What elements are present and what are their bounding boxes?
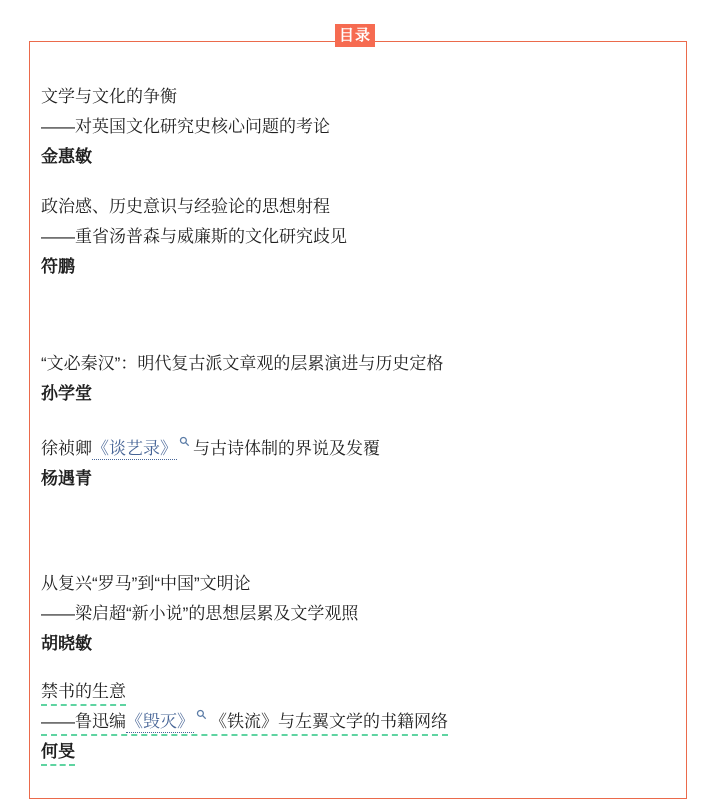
toc-title: 从复兴“罗马”到“中国”文明论 xyxy=(41,569,678,599)
text-segment: 符鹏 xyxy=(41,257,75,276)
text-segment: 文学与文化的争衡 xyxy=(41,87,177,106)
toc-author: 胡晓敏 xyxy=(41,629,678,659)
toc-entry: 禁书的生意——鲁迅编《毁灭》《铁流》与左翼文学的书籍网络何旻 xyxy=(41,677,678,767)
text-segment: “文必秦汉”：明代复古派文章观的层累演进与历史定格 xyxy=(41,354,443,373)
text-segment: 孙学堂 xyxy=(41,384,92,403)
toc-list: 文学与文化的争衡——对英国文化研究史核心问题的考论金惠敏政治感、历史意识与经验论… xyxy=(41,41,678,767)
text-segment: 禁书的生意 xyxy=(41,682,126,701)
annotation-underline: 禁书的生意 xyxy=(41,682,126,706)
toc-title: “文必秦汉”：明代复古派文章观的层累演进与历史定格 xyxy=(41,349,678,379)
toc-entry: 政治感、历史意识与经验论的思想射程——重省汤普森与威廉斯的文化研究歧见符鹏 xyxy=(41,192,678,282)
annotation-underline: ——鲁迅编《毁灭》《铁流》与左翼文学的书籍网络 xyxy=(41,712,448,736)
text-segment: ——对英国文化研究史核心问题的考论 xyxy=(41,117,330,136)
toc-author: 何旻 xyxy=(41,737,678,767)
toc-title: 禁书的生意 xyxy=(41,677,678,707)
toc-title: 政治感、历史意识与经验论的思想射程 xyxy=(41,192,678,222)
book-title-link[interactable]: 《谈艺录》 xyxy=(92,439,177,460)
text-segment: 政治感、历史意识与经验论的思想射程 xyxy=(41,197,330,216)
search-icon[interactable] xyxy=(179,436,190,447)
text-segment: 徐祯卿 xyxy=(41,439,92,458)
text-segment: 从复兴“罗马”到“中国”文明论 xyxy=(41,574,251,593)
toc-subtitle: ——对英国文化研究史核心问题的考论 xyxy=(41,112,678,142)
toc-entry: 从复兴“罗马”到“中国”文明论——梁启超“新小说”的思想层累及文学观照胡晓敏 xyxy=(41,569,678,659)
text-segment: 杨遇青 xyxy=(41,469,92,488)
toc-badge: 目录 xyxy=(335,24,375,47)
text-segment: ——梁启超“新小说”的思想层累及文学观照 xyxy=(41,604,358,623)
toc-entry: “文必秦汉”：明代复古派文章观的层累演进与历史定格孙学堂 xyxy=(41,349,678,409)
toc-subtitle: ——重省汤普森与威廉斯的文化研究歧见 xyxy=(41,222,678,252)
toc-title: 文学与文化的争衡 xyxy=(41,82,678,112)
text-segment: 金惠敏 xyxy=(41,147,92,166)
toc-author: 符鹏 xyxy=(41,252,678,282)
toc-entry: 文学与文化的争衡——对英国文化研究史核心问题的考论金惠敏 xyxy=(41,82,678,172)
text-segment: 何旻 xyxy=(41,742,75,761)
text-segment: 胡晓敏 xyxy=(41,634,92,653)
text-segment: ——鲁迅编 xyxy=(41,712,126,731)
text-segment: 与古诗体制的界说及发覆 xyxy=(193,439,380,458)
toc-subtitle: ——鲁迅编《毁灭》《铁流》与左翼文学的书籍网络 xyxy=(41,707,678,737)
toc-author: 孙学堂 xyxy=(41,379,678,409)
annotation-underline: 何旻 xyxy=(41,742,75,766)
toc-subtitle: ——梁启超“新小说”的思想层累及文学观照 xyxy=(41,599,678,629)
book-title-link[interactable]: 《毁灭》 xyxy=(126,712,194,733)
text-segment: 《铁流》与左翼文学的书籍网络 xyxy=(210,712,448,731)
toc-title: 徐祯卿《谈艺录》与古诗体制的界说及发覆 xyxy=(41,434,678,464)
toc-author: 杨遇青 xyxy=(41,464,678,494)
toc-author: 金惠敏 xyxy=(41,142,678,172)
toc-entry: 徐祯卿《谈艺录》与古诗体制的界说及发覆杨遇青 xyxy=(41,434,678,494)
text-segment: ——重省汤普森与威廉斯的文化研究歧见 xyxy=(41,227,347,246)
search-icon[interactable] xyxy=(196,709,207,720)
